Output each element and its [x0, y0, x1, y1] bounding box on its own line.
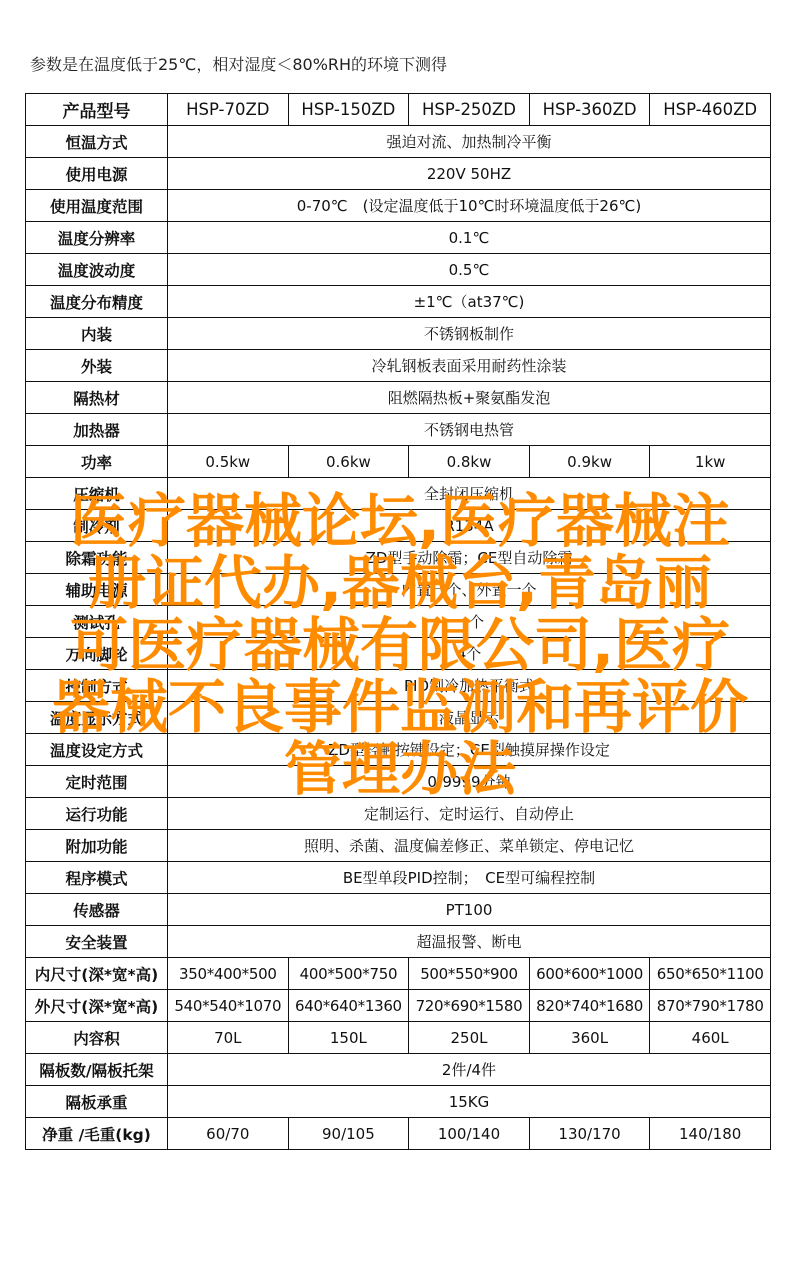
row-value: 定制运行、定时运行、自动停止 [168, 798, 771, 830]
row-value: 0-9999分钟 [168, 766, 771, 798]
table-row: 万向脚轮4个 [26, 638, 771, 670]
row-value-cell: 500*550*900 [409, 958, 530, 990]
row-value-cell: 60/70 [168, 1118, 289, 1150]
model-header: HSP-150ZD [288, 94, 409, 126]
row-label: 传感器 [26, 894, 168, 926]
row-value: 220V 50HZ [168, 158, 771, 190]
table-row: 制冷剂R134A [26, 510, 771, 542]
row-label: 隔板承重 [26, 1086, 168, 1118]
row-value: 超温报警、断电 [168, 926, 771, 958]
model-header: HSP-360ZD [529, 94, 650, 126]
table-row: 内容积70L150L250L360L460L [26, 1022, 771, 1054]
row-value: ZD型手动除霜；CE型自动除霜 [168, 542, 771, 574]
row-value-cell: 540*540*1070 [168, 990, 289, 1022]
row-value-cell: 350*400*500 [168, 958, 289, 990]
spec-table: 产品型号 HSP-70ZD HSP-150ZD HSP-250ZD HSP-36… [25, 93, 771, 1150]
table-row: 功率0.5kw0.6kw0.8kw0.9kw1kw [26, 446, 771, 478]
row-value: 2件/4件 [168, 1054, 771, 1086]
row-value: 阻燃隔热板+聚氨酯发泡 [168, 382, 771, 414]
row-value-cell: 250L [409, 1022, 530, 1054]
row-value: PID制冷加热平衡式 [168, 670, 771, 702]
row-value-cell: 90/105 [288, 1118, 409, 1150]
row-label: 程序模式 [26, 862, 168, 894]
table-row: 使用电源220V 50HZ [26, 158, 771, 190]
table-row: 安全装置超温报警、断电 [26, 926, 771, 958]
row-label: 隔热材 [26, 382, 168, 414]
table-row: 程序模式BE型单段PID控制； CE型可编程控制 [26, 862, 771, 894]
row-label: 温度显示方式 [26, 702, 168, 734]
table-row: 内装不锈钢板制作 [26, 318, 771, 350]
table-row: 净重 /毛重(kg)60/7090/105100/140130/170140/1… [26, 1118, 771, 1150]
row-value-cell: 150L [288, 1022, 409, 1054]
table-row: 控制方式PID制冷加热平衡式 [26, 670, 771, 702]
table-row: 温度波动度0.5℃ [26, 254, 771, 286]
row-value-cell: 400*500*750 [288, 958, 409, 990]
row-value: PT100 [168, 894, 771, 926]
row-label: 压缩机 [26, 478, 168, 510]
header-label: 产品型号 [26, 94, 168, 126]
row-label: 温度波动度 [26, 254, 168, 286]
table-row: 恒温方式强迫对流、加热制冷平衡 [26, 126, 771, 158]
table-row: 定时范围0-9999分钟 [26, 766, 771, 798]
row-value: 强迫对流、加热制冷平衡 [168, 126, 771, 158]
row-label: 功率 [26, 446, 168, 478]
table-row: 温度分布精度±1℃（at37℃) [26, 286, 771, 318]
row-value: ±1℃（at37℃) [168, 286, 771, 318]
row-value: R134A [168, 510, 771, 542]
row-value-cell: 130/170 [529, 1118, 650, 1150]
row-value: 4个 [168, 638, 771, 670]
row-value-cell: 640*640*1360 [288, 990, 409, 1022]
table-row: 除霜功能ZD型手动除霜；CE型自动除霜 [26, 542, 771, 574]
row-value-cell: 1kw [650, 446, 771, 478]
row-value-cell: 720*690*1580 [409, 990, 530, 1022]
row-label: 使用电源 [26, 158, 168, 190]
table-row: 加热器不锈钢电热管 [26, 414, 771, 446]
row-value: 冷轧钢板表面采用耐药性涂装 [168, 350, 771, 382]
table-row: 辅助电源内置一个、外置一个 [26, 574, 771, 606]
row-label: 控制方式 [26, 670, 168, 702]
row-label: 内尺寸(深*宽*高) [26, 958, 168, 990]
row-label: 外装 [26, 350, 168, 382]
table-row: 测试孔一个 [26, 606, 771, 638]
measurement-conditions-caption: 参数是在温度低于25℃，相对湿度＜80%RH的环境下测得 [30, 52, 447, 75]
row-value-cell: 0.8kw [409, 446, 530, 478]
row-label: 附加功能 [26, 830, 168, 862]
row-label: 测试孔 [26, 606, 168, 638]
row-label: 加热器 [26, 414, 168, 446]
row-label: 万向脚轮 [26, 638, 168, 670]
model-header: HSP-250ZD [409, 94, 530, 126]
model-header: HSP-70ZD [168, 94, 289, 126]
row-value-cell: 0.9kw [529, 446, 650, 478]
row-label: 内装 [26, 318, 168, 350]
table-row: 附加功能照明、杀菌、温度偏差修正、菜单锁定、停电记忆 [26, 830, 771, 862]
row-label: 恒温方式 [26, 126, 168, 158]
table-row: 内尺寸(深*宽*高)350*400*500400*500*750500*550*… [26, 958, 771, 990]
table-row: 使用温度范围0-70℃ (设定温度低于10℃时环境温度低于26℃) [26, 190, 771, 222]
table-row: 隔板数/隔板托架2件/4件 [26, 1054, 771, 1086]
row-label: 定时范围 [26, 766, 168, 798]
row-value: 15KG [168, 1086, 771, 1118]
row-value: BE型单段PID控制； CE型可编程控制 [168, 862, 771, 894]
row-value-cell: 100/140 [409, 1118, 530, 1150]
row-value-cell: 460L [650, 1022, 771, 1054]
row-label: 外尺寸(深*宽*高) [26, 990, 168, 1022]
row-label: 除霜功能 [26, 542, 168, 574]
row-value-cell: 820*740*1680 [529, 990, 650, 1022]
row-value: 0.5℃ [168, 254, 771, 286]
table-row: 温度显示方式液晶显示 [26, 702, 771, 734]
table-row: 外装冷轧钢板表面采用耐药性涂装 [26, 350, 771, 382]
table-row: 传感器PT100 [26, 894, 771, 926]
model-header: HSP-460ZD [650, 94, 771, 126]
row-label: 使用温度范围 [26, 190, 168, 222]
row-value: 0.1℃ [168, 222, 771, 254]
table-row: 温度设定方式ZD型轻触按键设定；CE型触摸屏操作设定 [26, 734, 771, 766]
table-row: 压缩机全封闭压缩机 [26, 478, 771, 510]
row-value-cell: 600*600*1000 [529, 958, 650, 990]
row-value: 不锈钢电热管 [168, 414, 771, 446]
row-value: 0-70℃ (设定温度低于10℃时环境温度低于26℃) [168, 190, 771, 222]
table-header-row: 产品型号 HSP-70ZD HSP-150ZD HSP-250ZD HSP-36… [26, 94, 771, 126]
row-value-cell: 650*650*1100 [650, 958, 771, 990]
row-value: 内置一个、外置一个 [168, 574, 771, 606]
row-label: 温度分布精度 [26, 286, 168, 318]
row-value-cell: 0.5kw [168, 446, 289, 478]
row-value: 一个 [168, 606, 771, 638]
row-value: 液晶显示 [168, 702, 771, 734]
row-value-cell: 360L [529, 1022, 650, 1054]
row-label: 辅助电源 [26, 574, 168, 606]
row-value: 照明、杀菌、温度偏差修正、菜单锁定、停电记忆 [168, 830, 771, 862]
row-value-cell: 870*790*1780 [650, 990, 771, 1022]
table-row: 隔热材阻燃隔热板+聚氨酯发泡 [26, 382, 771, 414]
row-label: 温度分辨率 [26, 222, 168, 254]
row-value: 全封闭压缩机 [168, 478, 771, 510]
row-label: 内容积 [26, 1022, 168, 1054]
row-value-cell: 140/180 [650, 1118, 771, 1150]
table-row: 隔板承重15KG [26, 1086, 771, 1118]
row-label: 隔板数/隔板托架 [26, 1054, 168, 1086]
row-value: 不锈钢板制作 [168, 318, 771, 350]
table-row: 外尺寸(深*宽*高)540*540*1070640*640*1360720*69… [26, 990, 771, 1022]
table-row: 运行功能定制运行、定时运行、自动停止 [26, 798, 771, 830]
row-label: 运行功能 [26, 798, 168, 830]
row-value: ZD型轻触按键设定；CE型触摸屏操作设定 [168, 734, 771, 766]
row-label: 温度设定方式 [26, 734, 168, 766]
row-value-cell: 70L [168, 1022, 289, 1054]
row-label: 安全装置 [26, 926, 168, 958]
row-value-cell: 0.6kw [288, 446, 409, 478]
row-label: 净重 /毛重(kg) [26, 1118, 168, 1150]
row-label: 制冷剂 [26, 510, 168, 542]
table-row: 温度分辨率0.1℃ [26, 222, 771, 254]
